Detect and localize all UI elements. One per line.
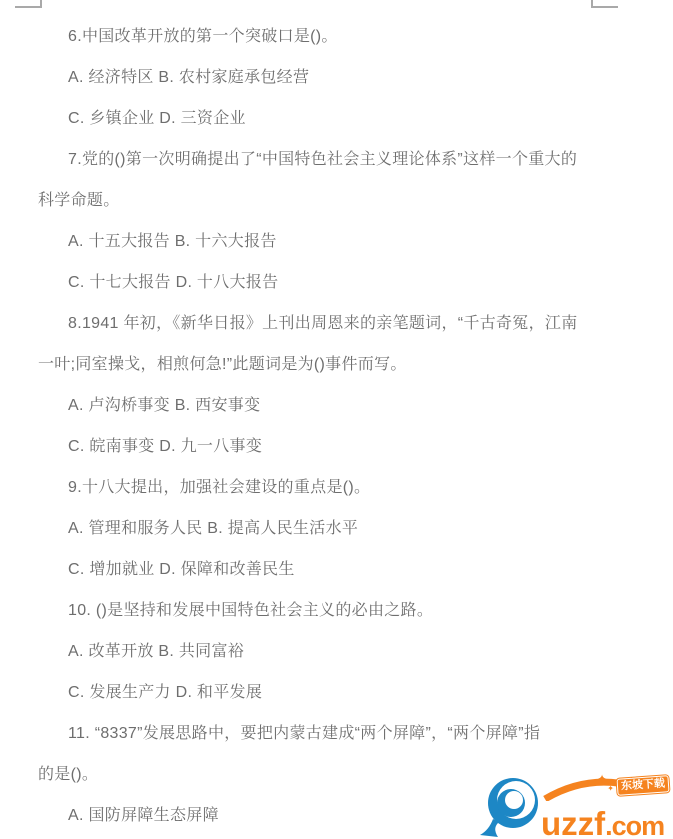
question-q11-line: 11. “8337”发展思路中，要把内蒙古建成“两个屏障”，“两个屏障”指 [38,713,643,754]
dongpo-download-badge: 东坡下载 [616,775,669,796]
uzzf-swoosh-icon [479,775,543,839]
document-page: 6.中国改革开放的第一个突破口是()。A. 经济特区 B. 农村家庭承包经营C.… [0,0,673,839]
question-q10-line: C. 发展生产力 D. 和平发展 [38,672,643,713]
sparkle-icon: ✦ [607,785,614,793]
text-boundary-mark-right [591,0,618,8]
question-q8-line: 8.1941 年初，《新华日报》上刊出周恩来的亲笔题词，“千古奇冤，江南 [38,303,643,344]
brand-suffix: .com [605,811,664,839]
question-q10-line: A. 改革开放 B. 共同富裕 [38,631,643,672]
uzzf-brand-text: uzzf.com [541,805,664,839]
brand-name: uzzf [541,805,605,839]
question-q6-line: C. 乡镇企业 D. 三资企业 [38,98,643,139]
question-q6-line: A. 经济特区 B. 农村家庭承包经营 [38,57,643,98]
document-body: 6.中国改革开放的第一个突破口是()。A. 经济特区 B. 农村家庭承包经营C.… [38,16,643,836]
sparkle-icon: ✦ [597,773,607,785]
question-q10-line: 10. ()是坚持和发展中国特色社会主义的必由之路。 [38,590,643,631]
question-q7-line: C. 十七大报告 D. 十八大报告 [38,262,643,303]
question-q7-line: 科学命题。 [38,180,643,221]
uzzf-watermark: ✦ ✦ 东坡下载 uzzf.com [479,775,669,839]
question-q9-line: 9.十八大提出，加强社会建设的重点是()。 [38,467,643,508]
question-q8-line: C. 皖南事变 D. 九一八事变 [38,426,643,467]
question-q9-line: A. 管理和服务人民 B. 提高人民生活水平 [38,508,643,549]
question-q8-line: 一叶;同室操戈，相煎何急!”此题词是为()事件而写。 [38,344,643,385]
question-q9-line: C. 增加就业 D. 保障和改善民生 [38,549,643,590]
question-q7-line: 7.党的()第一次明确提出了“中国特色社会主义理论体系”这样一个重大的 [38,139,643,180]
question-q6-line: 6.中国改革开放的第一个突破口是()。 [38,16,643,57]
text-boundary-mark-left [15,0,42,8]
question-q8-line: A. 卢沟桥事变 B. 西安事变 [38,385,643,426]
question-q7-line: A. 十五大报告 B. 十六大报告 [38,221,643,262]
